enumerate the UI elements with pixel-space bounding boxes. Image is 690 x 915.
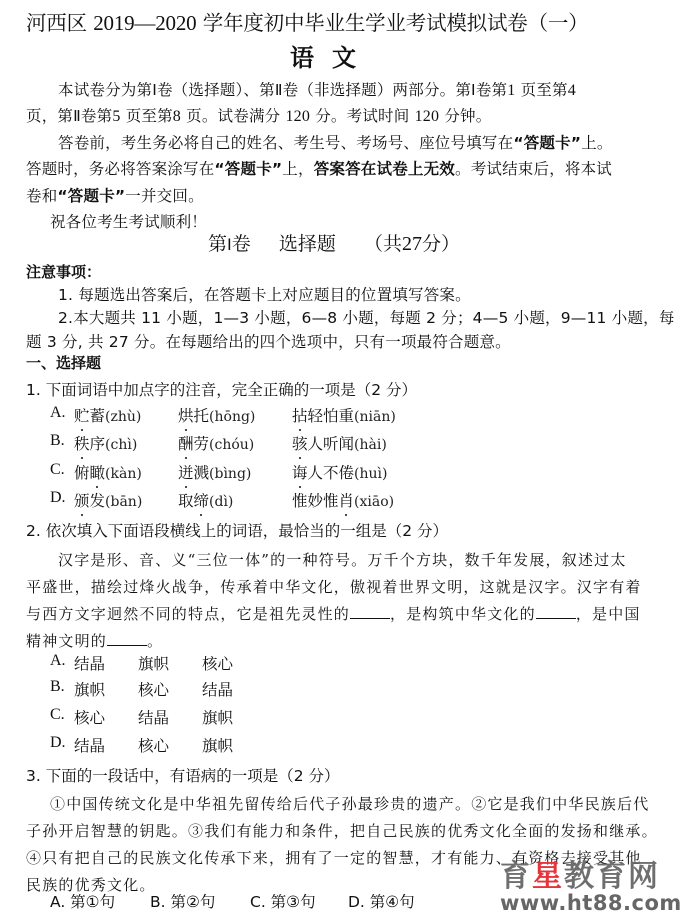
- intro-line-5: 卷和“答题卡”一并交回。: [26, 184, 204, 206]
- exam-title: 河西区 2019—2020 学年度初中毕业生学业考试模拟试卷（一）: [26, 6, 588, 36]
- question-1-option-b: B. 秩序(chì) 酬劳(chóu) 骇人听闻(hài): [50, 432, 650, 456]
- watermark-url: www.ht88.com: [500, 892, 682, 914]
- note-2-line-1: 2.本大题共 11 小题，1—3 小题，6—8 小题，每题 2 分；4—5 小题…: [58, 306, 675, 328]
- part-title: 一、选择题: [26, 352, 101, 373]
- question-2-option-b: B. 旗帜 核心 结晶: [50, 678, 350, 702]
- question-2-passage-line-1: 汉字是形、音、义“三位一体”的一种符号。万千个方块，数千年发展，叙述过太: [58, 549, 627, 570]
- question-3-option-a: A. 第①句: [50, 890, 115, 912]
- question-2-option-a: A. 结晶 旗帜 核心: [50, 652, 350, 676]
- question-2-option-c: C. 核心 结晶 旗帜: [50, 706, 350, 730]
- question-3-passage-line-1: ①中国传统文化是中华祖先留传给后代子孙最珍贵的遗产。②它是我们中华民族后代: [50, 793, 649, 814]
- title-district: 河西区: [26, 11, 87, 35]
- intro-line-2: 页，第Ⅱ卷第5 页至第8 页。试卷满分 120 分。考试时间 120 分钟。: [26, 104, 491, 126]
- question-3-option-d: D. 第④句: [348, 890, 415, 912]
- question-2-option-d: D. 结晶 核心 旗帜: [50, 734, 350, 758]
- watermark-logo: 育星教育网 www.ht88.com: [500, 862, 682, 914]
- question-3-stem: 3. 下面的一段话中，有语病的一项是（2 分）: [26, 764, 340, 786]
- question-3-passage-line-2: 子孙开启智慧的钥匙。③我们有能力和条件，把自己民族的优秀文化全面的发扬和继承。: [26, 820, 658, 841]
- question-2-passage-line-2: 平盛世，描绘过烽火战争，传承着中华文化，傲视着世界文明，这就是汉字。汉字有着: [26, 576, 642, 597]
- intro-line-4: 答题时，务必将答案涂写在“答题卡”上，答案答在试卷上无效。考试结束后，将本试: [26, 157, 612, 179]
- watermark-name: 育星教育网: [500, 862, 682, 892]
- question-1-option-d: D. 颁发(bān) 取缔(dì) 惟妙惟肖(xiāo): [50, 489, 650, 513]
- title-suffix: 学年度初中毕业生学业考试模拟试卷（一）: [203, 11, 589, 35]
- answer-blank-3: [107, 631, 147, 646]
- section-title: 第Ⅰ卷 选择题 （共27分）: [208, 229, 460, 256]
- note-2-line-2: 题 3 分, 共 27 分。在每题给出的四个选项中，只有一项最符合题意。: [26, 330, 511, 352]
- answer-blank-1: [350, 604, 390, 619]
- question-2-stem: 2. 依次填入下面语段横线上的词语，最恰当的一组是（2 分）: [26, 519, 448, 541]
- title-years: 2019—2020: [93, 11, 196, 35]
- question-1-stem: 1. 下面词语中加点字的注音，完全正确的一项是（2 分）: [26, 378, 417, 400]
- intro-line-3: 答卷前，考生务必将自己的姓名、考生号、考场号、座位号填写在“答题卡”上。: [58, 131, 613, 153]
- question-3-options: A. 第①句 B. 第②句 C. 第③句 D. 第④句: [50, 890, 470, 914]
- question-1-option-c: C. 俯瞰(kàn) 迸溅(bìng) 诲人不倦(huì): [50, 461, 650, 485]
- intro-line-1: 本试卷分为第Ⅰ卷（选择题）、第Ⅱ卷（非选择题）两部分。第Ⅰ卷第1 页至第4: [58, 78, 576, 100]
- notes-label: 注意事项：: [26, 261, 101, 282]
- question-2-passage-line-3: 与西方文字迥然不同的特点，它是祖先灵性的，是构筑中华文化的，是中国: [26, 603, 641, 624]
- question-2-passage-line-4: 精神文明的。: [26, 630, 163, 651]
- question-1-option-a: A. 贮蓄(zhù) 烘托(hōng) 拈轻怕重(niān): [50, 404, 650, 428]
- wish-text: 祝各位考生考试顺利！: [50, 210, 207, 232]
- note-1: 1. 每题选出答案后，在答题卡上对应题目的位置填写答案。: [58, 283, 471, 305]
- question-3-option-b: B. 第②句: [150, 890, 215, 912]
- question-3-option-c: C. 第③句: [250, 890, 316, 912]
- answer-blank-2: [536, 604, 576, 619]
- subject-title: 语文: [290, 38, 374, 73]
